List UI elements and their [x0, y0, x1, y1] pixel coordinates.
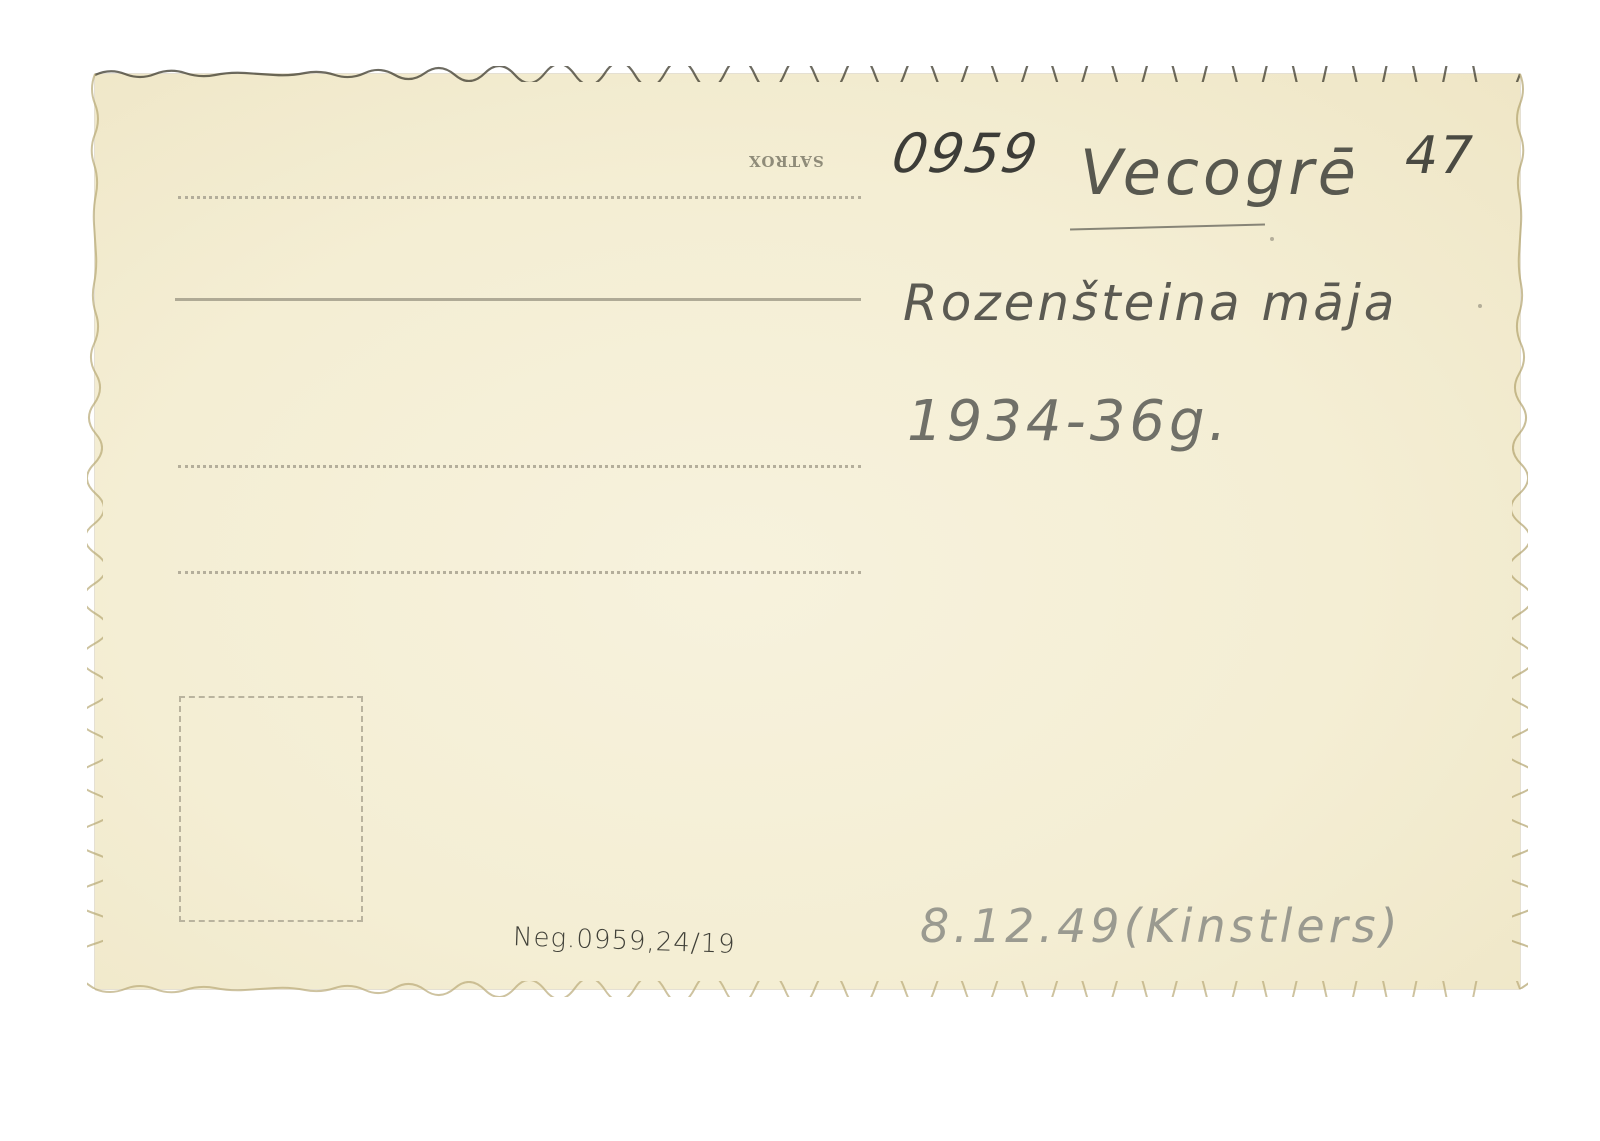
address-line-4	[178, 571, 861, 574]
printed-brand-label: SATROX	[748, 152, 824, 170]
photographer-note: 8.12.49(Kinstlers)	[920, 899, 1402, 953]
deckled-edge-bottom	[95, 981, 1520, 997]
date-range: 1934-36g.	[907, 389, 1230, 454]
deckled-edge-left	[87, 74, 103, 989]
paper-speck	[1270, 237, 1274, 241]
building-title: Rozenšteina māja	[903, 274, 1397, 332]
place-underline	[1070, 223, 1265, 230]
stamp-box	[179, 696, 363, 922]
deckled-edge-top	[95, 66, 1520, 82]
address-line-1	[178, 196, 861, 199]
negative-reference: Neg.0959,24/19	[513, 922, 737, 960]
address-line-2	[175, 298, 861, 301]
postcard-back: SATROX 0959 Vecogrē 47 Rozenšteina māja …	[95, 74, 1520, 989]
deckled-edge-right	[1512, 74, 1528, 989]
place-name: Vecogrē	[1080, 136, 1360, 209]
item-number: 47	[1405, 126, 1475, 186]
archive-number: 0959	[887, 122, 1044, 185]
paper-speck	[1478, 304, 1482, 308]
address-line-3	[178, 465, 861, 468]
